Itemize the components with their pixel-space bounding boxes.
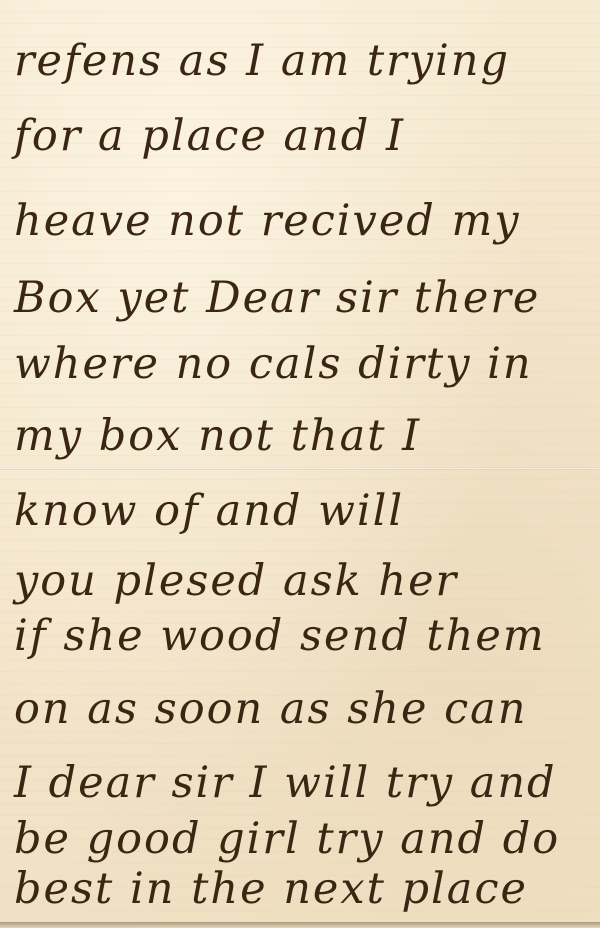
handwritten-line: know of and will: [14, 490, 404, 533]
handwritten-line: refens as I am trying: [14, 40, 510, 83]
handwritten-line: where no cals dirty in: [14, 343, 533, 386]
handwritten-line: Box yet Dear sir there: [14, 277, 540, 320]
page-bottom-edge: [0, 922, 600, 928]
handwritten-line: best in the next place: [14, 868, 528, 911]
handwritten-line: if she wood send them: [14, 615, 546, 658]
paper-fold-crease: [0, 468, 600, 470]
handwritten-line: heave not recived my: [14, 200, 521, 243]
handwritten-line: my box not that I: [14, 415, 421, 458]
handwritten-line: you plesed ask her: [14, 560, 458, 603]
handwritten-line: be good girl try and do: [14, 818, 560, 861]
handwritten-line: for a place and I: [14, 115, 405, 158]
letter-page: refens as I am trying for a place and I …: [0, 0, 600, 922]
handwritten-line: on as soon as she can: [14, 688, 528, 731]
handwritten-line: I dear sir I will try and: [14, 762, 557, 805]
